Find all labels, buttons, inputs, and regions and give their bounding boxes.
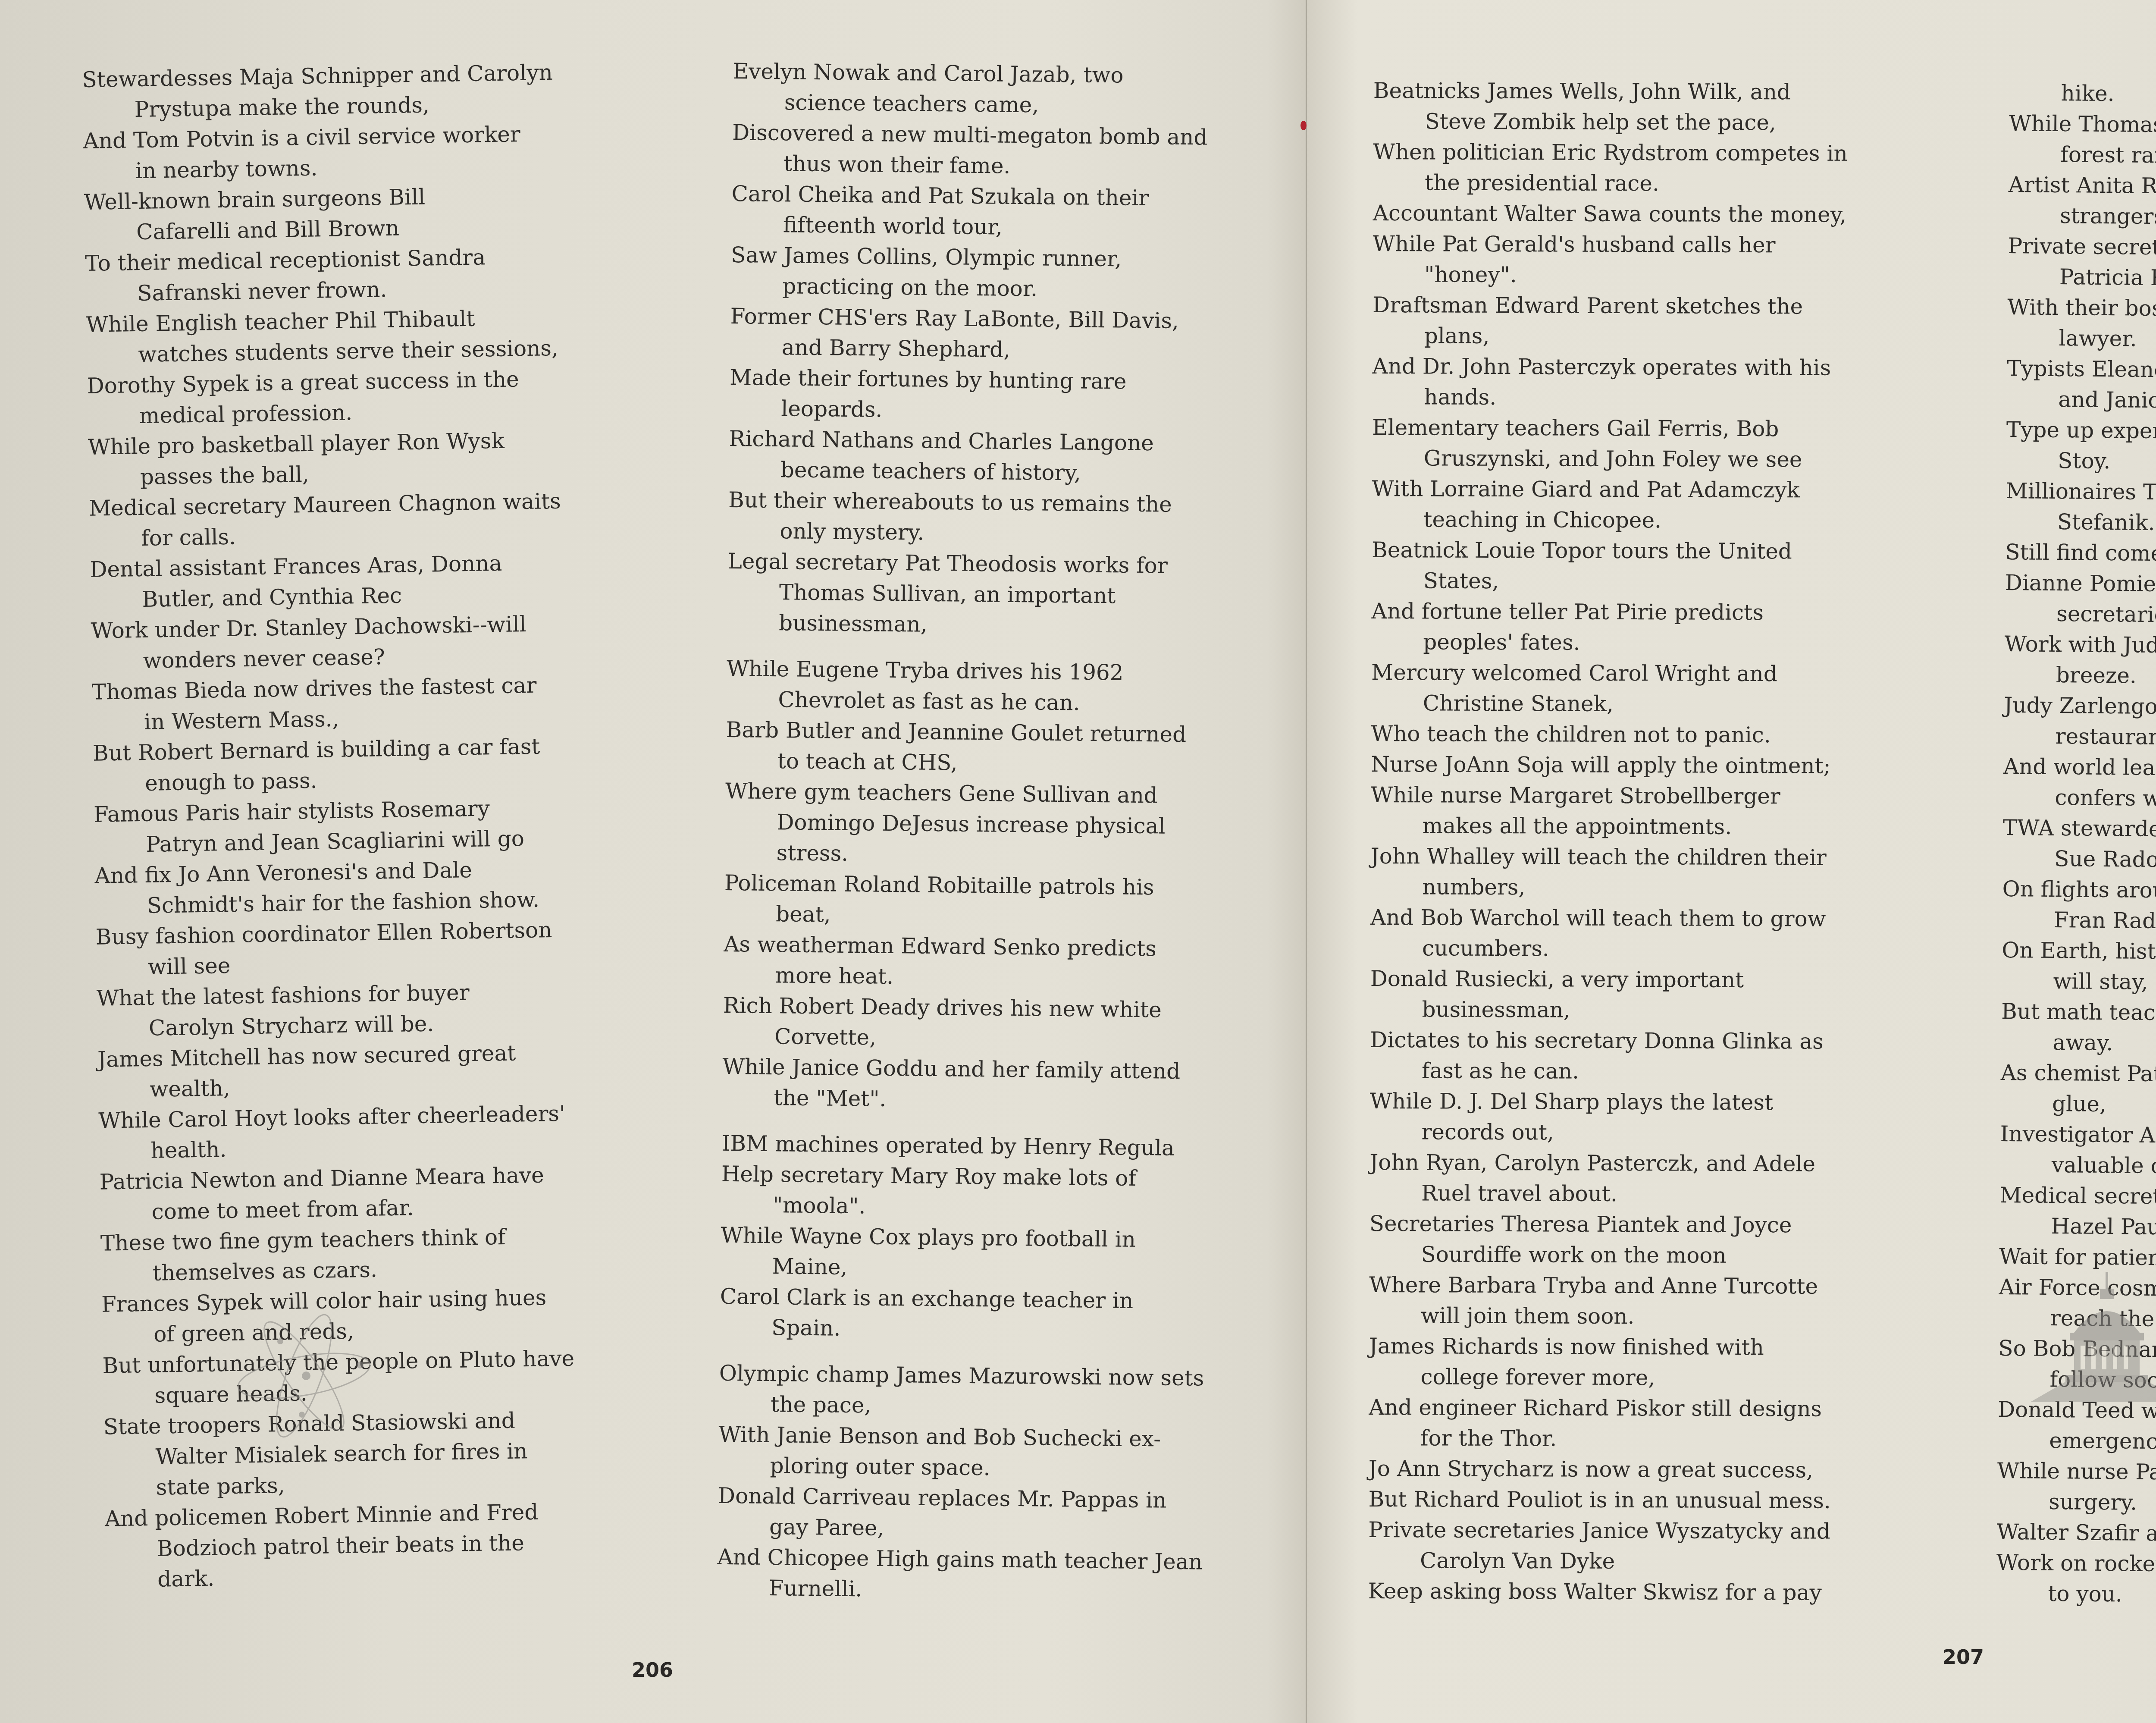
verse-line: Wait for patients to make important call… (1999, 1241, 2156, 1277)
verse-stanza: While English teacher Phil Thibaultwatch… (86, 301, 673, 371)
verse-line: Sue Radomski (2002, 843, 2156, 879)
verse-line: science teachers came, (733, 87, 1294, 123)
verse-line: plans, (1373, 320, 1933, 353)
right-page: Beatnicks James Wells, John Wilk, andSte… (1307, 0, 2156, 1723)
verse-stanza: Where Barbara Tryba and Anne Turcottewil… (1369, 1270, 1930, 1333)
verse-line: Mercury welcomed Carol Wright and (1371, 657, 1932, 690)
verse-line: Work with Judith Riley to make typing a (2004, 629, 2156, 664)
verse-line: Hazel Paul (1999, 1211, 2156, 1246)
verse-stanza: With Janie Benson and Bob Suchecki ex-pl… (718, 1419, 1279, 1487)
verse-stanza: Who teach the children not to panic. (1371, 719, 1932, 751)
verse-line: As weatherman Edward Senko predicts (724, 929, 1285, 966)
left-page: Stewardesses Maja Schnipper and CarolynP… (0, 0, 1307, 1723)
verse-stanza: While Thomas Sanocki puts out fires as a… (2009, 108, 2156, 174)
verse-line: leopards. (729, 393, 1290, 430)
verse-line: businessman, (1370, 994, 1930, 1027)
verse-line: While Thomas Sanocki puts out fires as a (2009, 108, 2156, 144)
verse-line: While nurse Margaret Strobellberger (1371, 780, 1931, 813)
verse-line: strangers. (2008, 200, 2156, 235)
verse-stanza: And Chicopee High gains math teacher Jea… (717, 1542, 1278, 1609)
verse-stanza: Dianne Pomietlarz and Sally Rivet now tw… (2005, 568, 2156, 634)
verse-line: While D. J. Del Sharp plays the latest (1370, 1086, 1930, 1119)
verse-line: Carol Cheika and Pat Szukala on their (731, 179, 1292, 215)
verse-stanza: Walter Szafir and Albert Tetrault too, (1996, 1517, 2156, 1552)
verse-line: Type up experiments for chemist Carl (2006, 414, 2156, 450)
verse-line: will join them soon. (1369, 1300, 1930, 1333)
verse-line: beat, (724, 898, 1285, 935)
verse-line: Furnelli. (717, 1572, 1278, 1609)
verse-line: While Eugene Tryba drives his 1962 (727, 653, 1288, 690)
verse-line: Former CHS'ers Ray LaBonte, Bill Davis, (730, 301, 1291, 338)
verse-line: Jo Ann Strycharz is now a great success, (1369, 1453, 1929, 1486)
verse-line: Maine, (720, 1251, 1281, 1287)
verse-stanza: Accountant Walter Sawa counts the money, (1373, 198, 1934, 231)
verse-line: forest ranger, (2009, 139, 2156, 174)
left-page-column-1: Stewardesses Maja Schnipper and CarolynP… (82, 56, 693, 1596)
verse-line: Barb Butler and Jeannine Goulet returned (726, 715, 1287, 751)
verse-stanza: Stewardesses Maja Schnipper and CarolynP… (82, 56, 669, 126)
verse-stanza: Jo Ann Strycharz is now a great success, (1369, 1453, 1929, 1486)
verse-stanza: Nurse JoAnn Soja will apply the ointment… (1371, 749, 1931, 782)
verse-line: Made their fortunes by hunting rare (730, 362, 1291, 399)
verse-line: States, (1372, 565, 1932, 598)
verse-stanza: Dictates to his secretary Donna Glinka a… (1370, 1025, 1930, 1088)
verse-line: emergency, (1997, 1425, 2156, 1460)
verse-stanza: On Earth, history teacher George Wietech… (2001, 935, 2156, 1001)
page-number: 207 (1943, 1645, 1984, 1669)
verse-stanza: Olympic champ James Mazurowski now setst… (719, 1358, 1280, 1425)
verse-stanza: Typists Eleanor Picard, Susanne Sanborn,… (2006, 353, 2156, 419)
verse-stanza: Dental assistant Frances Aras, DonnaButl… (90, 545, 677, 615)
verse-line: the "Met". (722, 1082, 1283, 1119)
verse-line: Where Barbara Tryba and Anne Turcotte (1369, 1270, 1930, 1302)
verse-stanza: Mercury welcomed Carol Wright andChristi… (1371, 657, 1932, 721)
verse-stanza: While Janice Goddu and her family attend… (722, 1051, 1283, 1119)
verse-line: for the Thor. (1369, 1423, 1929, 1456)
verse-line: more heat. (723, 960, 1284, 996)
verse-line: Elementary teachers Gail Ferris, Bob (1372, 412, 1933, 445)
verse-stanza: As weatherman Edward Senko predictsmore … (723, 929, 1284, 996)
verse-line: the presidential race. (1373, 167, 1934, 200)
verse-stanza: On flights around the world often encoun… (2002, 874, 2156, 940)
verse-stanza: Legal secretary Pat Theodosis works forT… (727, 546, 1288, 644)
verse-line: Medical secretaries Eileen Pazik and (1999, 1180, 2156, 1215)
verse-stanza: Well-known brain surgeons BillCafarelli … (84, 178, 671, 248)
verse-stanza: Wait for patients to make important call… (1999, 1241, 2156, 1277)
verse-line: Accountant Walter Sawa counts the money, (1373, 198, 1934, 231)
verse-line: Discovered a new multi-megaton bomb and (732, 117, 1293, 154)
verse-line: And engineer Richard Piskor still design… (1369, 1392, 1929, 1425)
verse-line: Evelyn Nowak and Carol Jazab, two (733, 56, 1294, 93)
verse-line: Christine Stanek, (1371, 688, 1932, 721)
verse-line: fast as he can. (1370, 1055, 1930, 1088)
verse-line: As chemist Pat Starzyk looks for a new (2001, 1058, 2156, 1093)
verse-stanza: While Pat Gerald's husband calls her"hon… (1373, 229, 1933, 292)
verse-line: the pace, (719, 1389, 1280, 1425)
verse-stanza: While nurse Margaret Strobellbergermakes… (1371, 780, 1931, 843)
spine-mark (1300, 121, 1307, 130)
verse-stanza: As chemist Pat Starzyk looks for a newgl… (2000, 1058, 2156, 1124)
verse-stanza: And Dr. John Pasterczyk operates with hi… (1372, 351, 1933, 414)
verse-line: And Dr. John Pasterczyk operates with hi… (1373, 351, 1933, 384)
verse-line: Legal secretary Pat Theodosis works for (727, 546, 1288, 583)
verse-line: Work on rockets to bring the planets clo… (1996, 1547, 2156, 1583)
verse-stanza: But unfortunately the people on Pluto ha… (102, 1341, 689, 1412)
verse-line: stress. (724, 837, 1285, 874)
verse-line: lawyer. (2007, 323, 2156, 358)
verse-stanza: Artist Anita Ricardi is busy paintingstr… (2008, 169, 2156, 235)
verse-stanza: Policeman Roland Robitaille patrols hisb… (724, 868, 1285, 935)
verse-line: Dictates to his secretary Donna Glinka a… (1370, 1025, 1930, 1058)
verse-stanza: While Carol Hoyt looks after cheerleader… (98, 1096, 686, 1167)
verse-line: Corvette, (723, 1021, 1284, 1058)
verse-line: But their whereabouts to us remains the (728, 485, 1289, 521)
verse-stanza: And Tom Potvin is a civil service worker… (83, 117, 670, 187)
verse-line: Walter Szafir and Albert Tetrault too, (1996, 1517, 2156, 1552)
verse-line: Who teach the children not to panic. (1371, 719, 1932, 751)
verse-line: makes all the appointments. (1371, 810, 1931, 843)
verse-line: confers with U Thant. (2003, 782, 2156, 817)
verse-line: Private secretaries Janice Wyszatycky an… (1368, 1515, 1929, 1547)
verse-line: Gruszynski, and John Foley we see (1372, 443, 1933, 476)
verse-line: Saw James Collins, Olympic runner, (731, 240, 1292, 276)
verse-line: And Bob Warchol will teach them to grow (1370, 902, 1931, 935)
verse-stanza: James Mitchell has now secured greatweal… (97, 1035, 685, 1105)
verse-stanza: While Eugene Tryba drives his 1962Chevro… (726, 653, 1287, 721)
verse-stanza: Judy Zarlengo manages an exclusiverestau… (2003, 690, 2156, 756)
verse-stanza: Private secretaries Shirley Poirier andP… (2008, 231, 2156, 297)
verse-line: glue, (2000, 1088, 2156, 1124)
verse-stanza: Work on rockets to bring the planets clo… (1996, 1547, 2156, 1613)
verse-line: fifteenth world tour, (731, 209, 1292, 246)
verse-stanza: While pro basketball player Ron Wyskpass… (88, 423, 675, 493)
verse-stanza: Draftsman Edward Parent sketches theplan… (1373, 290, 1933, 353)
verse-line: Stefanik. (2006, 506, 2156, 542)
verse-line: Donald Carriveau replaces Mr. Pappas in (718, 1481, 1279, 1517)
verse-stanza: Donald Carriveau replaces Mr. Pappas ing… (718, 1481, 1279, 1548)
verse-stanza: While D. J. Del Sharp plays the latestre… (1369, 1086, 1930, 1149)
verse-stanza: Medical secretary Maureen Chagnon waitsf… (89, 484, 676, 555)
verse-stanza: Saw James Collins, Olympic runner,practi… (730, 240, 1291, 307)
verse-stanza: Dorothy Sypek is a great success in them… (87, 362, 674, 432)
left-page-column-2: Evelyn Nowak and Carol Jazab, twoscience… (717, 56, 1293, 1609)
verse-line: Fran Radwanski. (2002, 904, 2156, 940)
verse-stanza: Thomas Bieda now drives the fastest cari… (91, 668, 679, 738)
verse-line: John Ryan, Carolyn Pasterczk, and Adele (1369, 1147, 1930, 1180)
verse-line: Judy Zarlengo manages an exclusive (2004, 690, 2156, 725)
verse-line: businessman, (727, 607, 1288, 644)
verse-line: Donald Rusiecki, a very important (1370, 963, 1931, 996)
verse-line: cucumbers. (1370, 933, 1931, 966)
verse-line: When politician Eric Rydstrom competes i… (1373, 137, 1934, 169)
verse-line: "honey". (1373, 259, 1933, 292)
verse-stanza: Where gym teachers Gene Sullivan andDomi… (724, 776, 1286, 874)
verse-line: records out, (1369, 1117, 1930, 1149)
verse-stanza: Secretaries Theresa Piantek and JoyceSou… (1369, 1208, 1930, 1272)
verse-stanza: Carol Cheika and Pat Szukala on theirfif… (731, 179, 1292, 246)
verse-line: "moola". (721, 1189, 1282, 1226)
verse-line: Dianne Pomietlarz and Sally Rivet now tw… (2005, 568, 2156, 603)
verse-stanza: These two fine gym teachers think ofthem… (100, 1219, 687, 1289)
verse-line: Patricia Ruddy confer (2008, 261, 2156, 297)
verse-stanza: And Bob Warchol will teach them to growc… (1370, 902, 1931, 966)
verse-line: While Janice Goddu and her family attend (722, 1051, 1283, 1088)
verse-line: valuable clues. (2000, 1149, 2156, 1185)
verse-stanza: TWA stewardesses Donna Pomietlarz andSue… (2002, 813, 2156, 879)
verse-stanza: Millionaires Tom Szumny and EdwardStefan… (2006, 476, 2156, 542)
verse-stanza: Work under Dr. Stanley Dachowski--willwo… (91, 606, 678, 677)
verse-line: On Earth, history teacher George Wietech… (2002, 935, 2156, 970)
verse-stanza: Donald Rusiecki, a very importantbusines… (1370, 963, 1930, 1027)
verse-stanza: But math teacher Bob Henault teaches far… (2001, 996, 2156, 1062)
verse-stanza: And world leader Michael Wyszynskiconfer… (2003, 751, 2156, 817)
verse-stanza: With their boss Frank Sasfy, an importan… (2007, 292, 2156, 358)
verse-line: With Janie Benson and Bob Suchecki ex- (718, 1419, 1279, 1456)
verse-line: TWA stewardesses Donna Pomietlarz and (2003, 813, 2156, 848)
verse-stanza: hike. (2009, 78, 2156, 113)
verse-line: Where gym teachers Gene Sullivan and (725, 776, 1286, 813)
right-page-column-1: Beatnicks James Wells, John Wilk, andSte… (1368, 75, 1934, 1609)
verse-stanza: But their whereabouts to us remains theo… (728, 485, 1289, 552)
verse-line: practicing on the moor. (730, 270, 1291, 307)
verse-line: And world leader Michael Wyszynski (2003, 751, 2156, 787)
verse-stanza: Help secretary Mary Roy make lots of"moo… (721, 1159, 1282, 1226)
verse-line: teaching in Chicopee. (1372, 504, 1932, 537)
verse-stanza: To their medical receptionist SandraSafr… (85, 239, 672, 310)
verse-line: away. (2001, 1027, 2156, 1062)
verse-line: Secretaries Theresa Piantek and Joyce (1369, 1208, 1930, 1241)
verse-stanza: Famous Paris hair stylists RosemaryPatry… (94, 790, 681, 860)
verse-stanza: James Richards is now finished withcolle… (1369, 1331, 1929, 1394)
verse-stanza: Work with Judith Riley to make typing ab… (2004, 629, 2156, 695)
verse-line: secretaries (2005, 598, 2156, 634)
verse-line: And fortune teller Pat Pirie predicts (1372, 596, 1932, 629)
verse-line: Domingo DeJesus increase physical (725, 807, 1286, 843)
verse-line: to teach at CHS, (726, 745, 1287, 782)
verse-stanza: When politician Eric Rydstrom competes i… (1373, 137, 1934, 200)
verse-line: ploring outer space. (718, 1450, 1279, 1487)
verse-stanza: Beatnicks James Wells, John Wilk, andSte… (1373, 75, 1934, 139)
verse-stanza: Barb Butler and Jeannine Goulet returned… (726, 715, 1287, 782)
verse-line: Stoy. (2006, 445, 2156, 480)
verse-line: breeze. (2004, 659, 2156, 695)
verse-stanza: But Robert Bernard is building a car fas… (93, 729, 680, 799)
verse-stanza: Richard Nathans and Charles Langonebecam… (729, 424, 1290, 491)
verse-line: gay Paree, (718, 1511, 1279, 1548)
verse-line: Artist Anita Ricardi is busy painting (2009, 169, 2156, 205)
verse-stanza: Private secretaries Janice Wyszatycky an… (1368, 1515, 1929, 1578)
verse-stanza: Still find comedian Chris Teehan a panic… (2005, 537, 2156, 572)
verse-line: With Lorraine Giard and Pat Adamczyk (1372, 474, 1933, 506)
verse-line: Investigator Andrew Stefaniew searches f… (2000, 1119, 2156, 1154)
verse-stanza: And policemen Robert Minnie and FredBodz… (104, 1494, 692, 1595)
verse-stanza: Patricia Newton and Dianne Meara havecom… (99, 1158, 686, 1228)
verse-line: Private secretaries Shirley Poirier and (2008, 231, 2156, 266)
verse-stanza: Busy fashion coordinator Ellen Robertson… (95, 913, 683, 983)
verse-line: will stay, (2001, 966, 2156, 1001)
verse-line: Ruel travel about. (1369, 1178, 1930, 1211)
verse-stanza: But Richard Pouliot is in an unusual mes… (1368, 1484, 1929, 1517)
verse-line: and Janice Roy (2006, 384, 2156, 419)
verse-line: Carolyn Van Dyke (1368, 1545, 1929, 1578)
verse-stanza: Type up experiments for chemist CarlStoy… (2006, 414, 2156, 480)
verse-stanza: Discovered a new multi-megaton bomb andt… (732, 117, 1293, 185)
verse-line: Thomas Sullivan, an important (727, 577, 1288, 613)
verse-line: While Pat Gerald's husband calls her (1373, 229, 1934, 261)
verse-line: Chevrolet as fast as he can. (726, 684, 1287, 721)
verse-stanza: Frances Sypek will color hair using hues… (101, 1280, 689, 1350)
verse-line: surgery. (1997, 1486, 2156, 1522)
verse-line: hands. (1372, 382, 1933, 414)
verse-line: college forever more, (1369, 1362, 1929, 1394)
verse-stanza: And fix Jo Ann Veronesi's and DaleSchmid… (94, 851, 682, 922)
verse-line: While nurse Pat Thomas will be on hand f… (1997, 1456, 2156, 1491)
yearbook-spread: Stewardesses Maja Schnipper and CarolynP… (0, 0, 2156, 1723)
verse-line: Olympic champ James Mazurowski now sets (719, 1358, 1280, 1395)
verse-line: Richard Nathans and Charles Langone (729, 424, 1290, 460)
verse-line: Sourdiffe work on the moon (1369, 1239, 1930, 1272)
verse-stanza: Medical secretaries Eileen Pazik andHaze… (1999, 1180, 2156, 1246)
verse-stanza: Carol Clark is an exchange teacher inSpa… (720, 1281, 1281, 1349)
verse-line: Typists Eleanor Picard, Susanne Sanborn, (2007, 353, 2156, 389)
verse-line: James Richards is now finished with (1369, 1331, 1930, 1364)
verse-stanza: Made their fortunes by hunting rareleopa… (729, 362, 1290, 430)
verse-line: only mystery. (728, 515, 1289, 552)
verse-line: John Whalley will teach the children the… (1371, 841, 1931, 874)
verse-stanza: Evelyn Nowak and Carol Jazab, twoscience… (733, 56, 1294, 123)
verse-line: Draftsman Edward Parent sketches the (1373, 290, 1933, 323)
verse-stanza: Investigator Andrew Stefaniew searches f… (2000, 1119, 2156, 1185)
atom-icon (233, 1311, 375, 1441)
verse-stanza: Rich Robert Deady drives his new whiteCo… (723, 990, 1284, 1058)
verse-line: But math teacher Bob Henault teaches far (2001, 996, 2156, 1032)
verse-stanza: IBM machines operated by Henry Regula (721, 1128, 1282, 1165)
verse-stanza: With Lorraine Giard and Pat Adamczykteac… (1372, 474, 1932, 537)
verse-line: restaurant, (2003, 721, 2156, 756)
capitol-dome-icon (2027, 1272, 2156, 1415)
verse-line: Nurse JoAnn Soja will apply the ointment… (1371, 749, 1931, 782)
verse-line: But Richard Pouliot is in an unusual mes… (1368, 1484, 1929, 1517)
verse-stanza: While nurse Pat Thomas will be on hand f… (1997, 1456, 2156, 1522)
verse-stanza: John Ryan, Carolyn Pasterczk, and AdeleR… (1369, 1147, 1930, 1211)
verse-stanza: Elementary teachers Gail Ferris, BobGrus… (1372, 412, 1933, 476)
verse-line: Millionaires Tom Szumny and Edward (2006, 476, 2156, 511)
verse-line: numbers, (1370, 872, 1931, 904)
verse-stanza: Beatnick Louie Topor tours the UnitedSta… (1372, 535, 1932, 598)
verse-line: And Chicopee High gains math teacher Jea… (717, 1542, 1278, 1579)
verse-line: Keep asking boss Walter Skwisz for a pay (1368, 1576, 1929, 1609)
verse-stanza: What the latest fashions for buyerCaroly… (96, 974, 683, 1044)
verse-line: Policeman Roland Robitaille patrols his (724, 868, 1285, 904)
verse-line: Beatnick Louie Topor tours the United (1372, 535, 1932, 568)
page-number: 206 (632, 1658, 673, 1682)
verse-line: Carol Clark is an exchange teacher in (720, 1281, 1281, 1318)
verse-stanza: And engineer Richard Piskor still design… (1369, 1392, 1929, 1456)
verse-line: thus won their fame. (732, 148, 1293, 185)
verse-line: hike. (2009, 78, 2156, 113)
verse-line: With their boss Frank Sasfy, an importan… (2007, 292, 2156, 327)
verse-line: became teachers of history, (729, 454, 1290, 491)
verse-stanza: State troopers Ronald Stasiowski andWalt… (103, 1403, 691, 1503)
verse-line: Rich Robert Deady drives his new white (723, 990, 1284, 1027)
verse-line: and Barry Shephard, (730, 332, 1291, 368)
verse-line: Help secretary Mary Roy make lots of (721, 1159, 1282, 1196)
verse-line: peoples' fates. (1371, 627, 1932, 659)
verse-line: While Wayne Cox plays pro football in (721, 1220, 1282, 1257)
verse-stanza: Former CHS'ers Ray LaBonte, Bill Davis,a… (730, 301, 1291, 368)
verse-line: Spain. (720, 1312, 1281, 1349)
verse-line: to you. (1996, 1578, 2156, 1613)
verse-line: IBM machines operated by Henry Regula (721, 1128, 1282, 1165)
verse-line: On flights around the world often encoun… (2002, 874, 2156, 909)
verse-stanza: And fortune teller Pat Pirie predictspeo… (1371, 596, 1932, 659)
verse-line: Beatnicks James Wells, John Wilk, and (1373, 75, 1934, 108)
verse-stanza: John Whalley will teach the children the… (1370, 841, 1931, 904)
verse-stanza: While Wayne Cox plays pro football inMai… (720, 1220, 1281, 1287)
verse-line: Still find comedian Chris Teehan a panic… (2005, 537, 2156, 572)
verse-line: Steve Zombik help set the pace, (1373, 106, 1934, 139)
verse-stanza: Keep asking boss Walter Skwisz for a pay (1368, 1576, 1929, 1609)
